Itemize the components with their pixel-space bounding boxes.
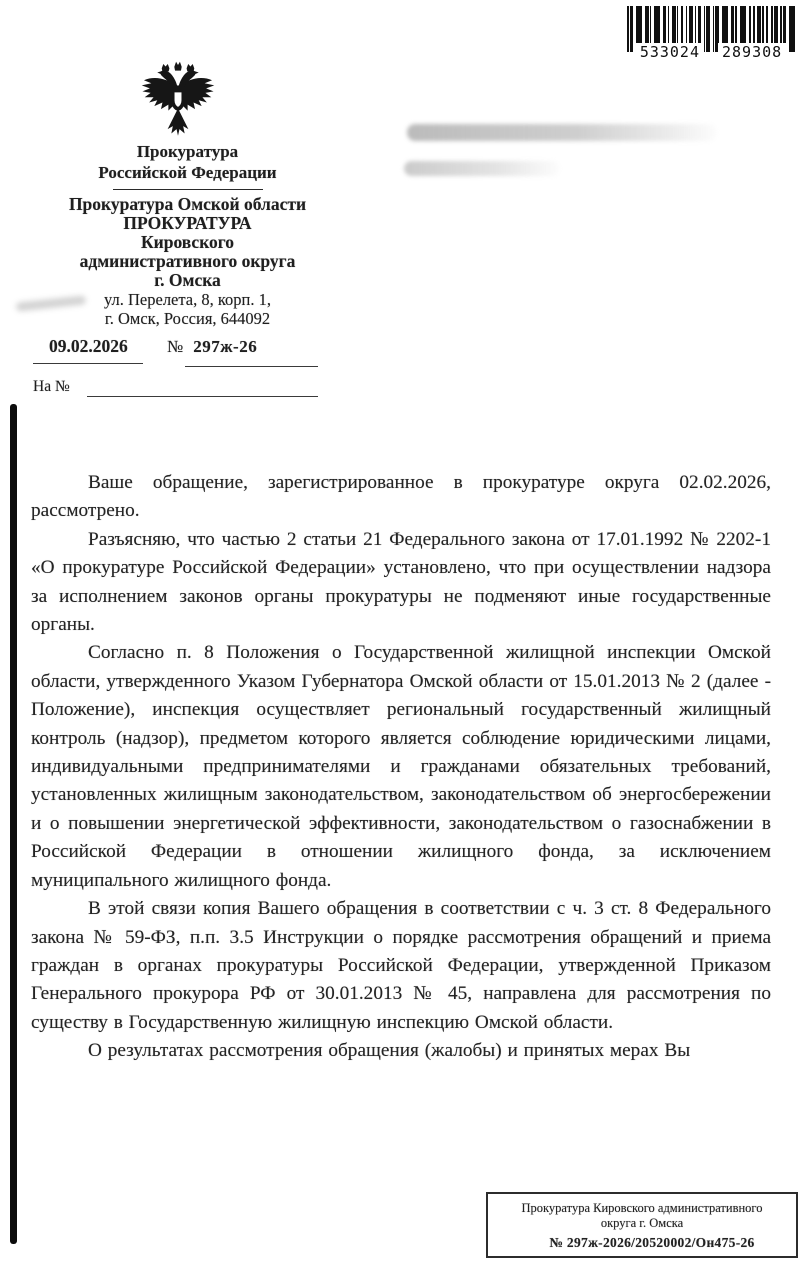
barcode-numbers: 533024 289308 [627,43,795,61]
org-local-line3: административного округа [40,252,335,271]
body-paragraph: О результатах рассмотрения обращения (жа… [31,1037,771,1065]
barcode-number-left: 533024 [636,43,704,61]
scanned-letter-page: 533024 289308 [0,0,800,1270]
redacted-addressee-streak [404,161,560,176]
org-local-line4: г. Омска [40,271,335,290]
org-address-line1: ул. Перелета, 8, корп. 1, [40,290,335,309]
scan-artifact-line [10,404,17,1244]
barcode-number-right: 289308 [718,43,786,61]
redacted-addressee-streak [407,124,717,141]
number-underline [185,366,318,367]
stamp-org-line1: Прокуратура Кировского административного [492,1201,792,1216]
body-paragraph: Ваше обращение, зарегистрированное в про… [31,469,771,526]
org-local-line2: Кировского [40,233,335,252]
incoming-number-underline [87,396,318,397]
letter-date: 09.02.2026 [49,336,128,357]
date-underline [33,363,143,364]
org-federal-line2: Российской Федерации [40,162,335,183]
org-federal-line1: Прокуратура [40,141,335,162]
stamp-org-line2: округа г. Омска [492,1216,792,1231]
double-headed-eagle-icon [133,61,223,138]
org-regional: Прокуратура Омской области [40,195,335,214]
letterhead: Прокуратура Российской Федерации Прокура… [40,141,335,328]
registration-stamp: Прокуратура Кировского административного… [486,1192,798,1258]
body-paragraph: В этой связи копия Вашего обращения в со… [31,895,771,1037]
letter-number-value: 297ж-26 [193,337,257,356]
body-paragraph: Согласно п. 8 Положения о Государственно… [31,639,771,895]
letterhead-divider [113,189,263,190]
body-paragraph: Разъясняю, что частью 2 статьи 21 Федера… [31,526,771,640]
org-address-line2: г. Омск, Россия, 644092 [40,309,335,328]
stamp-number: № 297ж-2026/20520002/Он475-26 [502,1235,800,1250]
barcode: 533024 289308 [627,6,795,61]
incoming-number-label: На № [33,378,70,396]
org-local-line1: ПРОКУРАТУРА [40,214,335,233]
letter-number-label: № [167,337,183,356]
letter-body: Ваше обращение, зарегистрированное в про… [31,469,771,1066]
letter-number: №297ж-26 [167,337,257,357]
